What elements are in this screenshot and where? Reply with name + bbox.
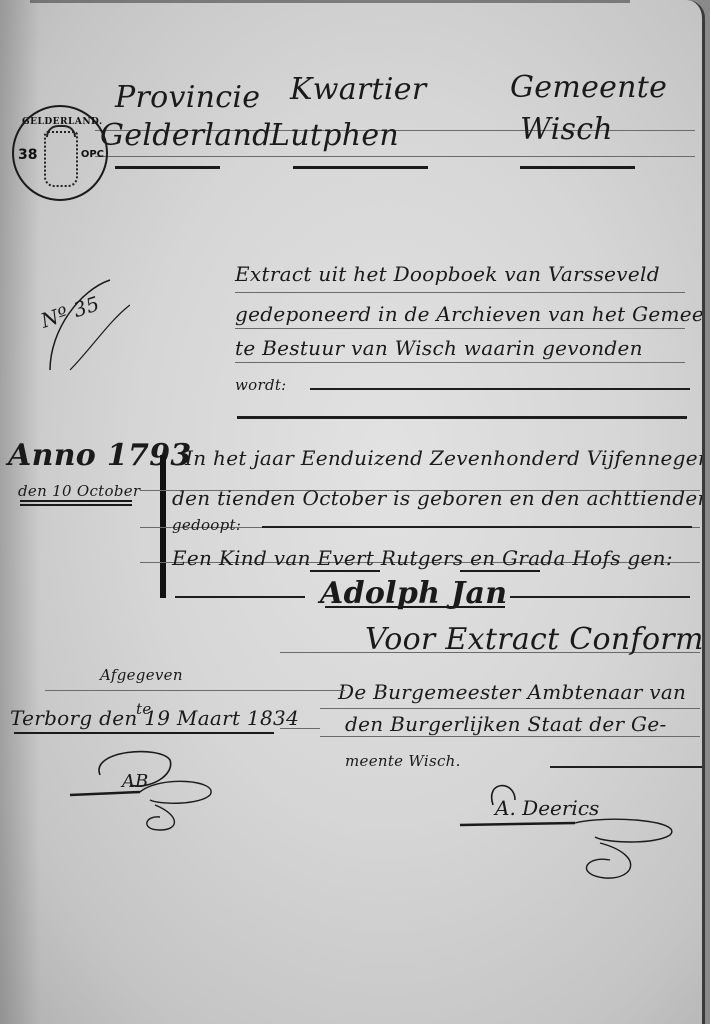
cert-line-3: meente Wisch. [345,752,461,770]
intro-line-4: wordt: [235,376,287,394]
page-top-edge [30,0,630,3]
issued-label: Afgegeven [100,666,183,684]
left-signature: AB [60,745,220,835]
margin-day: den 10 October [18,482,140,500]
label-municipality: Gemeente [510,70,667,105]
number-flourish [20,270,130,380]
record-line-4: Een Kind van Evert Rutgers en Grada Hofs… [172,546,673,570]
cert-rule-2 [320,708,700,709]
record-line-3: gedoopt: [172,516,241,534]
stamp-left-text: 38 [18,147,37,163]
child-name-right-line [510,596,690,598]
father-name-underline [310,570,380,572]
value-municipality-underline [520,166,635,169]
svg-text:A. Deerics: A. Deerics [493,796,599,820]
intro-line-3: te Bestuur van Wisch waarin gevonden [235,336,643,360]
issued-rule-2 [280,728,320,729]
header-rule-2 [95,156,695,157]
value-municipality: Wisch [520,112,613,147]
value-province: Gelderland [100,118,272,153]
stamp-right-text: OPC [81,149,104,160]
cert-line-1: De Burgemeester Ambtenaar van [338,680,686,704]
mayor-signature: A. Deerics [455,775,685,885]
value-quarter-underline [293,166,428,169]
intro-rule-2 [235,328,685,329]
child-name-left-line [175,596,305,598]
child-name-underline [325,606,505,608]
mother-name-underline [460,570,540,572]
coat-of-arms-icon [44,131,78,187]
issued-place-underline [14,732,274,734]
intro-separator [237,416,687,419]
margin-day-underline-2 [20,504,132,506]
cert-fill-line [550,766,705,768]
value-quarter: Lutphen [270,118,399,153]
intro-fill-line [310,388,690,390]
issued-rule-1 [45,690,345,691]
svg-text:AB: AB [120,771,148,792]
intro-rule-3 [235,362,685,363]
intro-rule-1 [235,292,685,293]
record-line-1: In het jaar Eenduizend Zevenhonderd Vijf… [185,446,705,470]
issued-place-date: Terborg den 19 Maart 1834 [10,706,299,730]
margin-day-underline-1 [20,500,132,502]
value-province-underline [115,166,220,169]
intro-line-1: Extract uit het Doopboek van Varsseveld [235,262,660,286]
cert-rule-3 [320,736,700,737]
intro-line-2: gedeponeerd in de Archieven van het Geme… [235,302,705,326]
record-fill-line [262,526,692,528]
label-province: Provincie [115,80,260,115]
cert-title: Voor Extract Conform [365,622,704,657]
record-line-2: den tienden October is geboren en den ac… [172,486,705,510]
cert-line-2: den Burgerlijken Staat der Ge- [345,712,667,736]
label-quarter: Kwartier [290,72,426,107]
gelderland-tax-stamp: GELDERLAND. 38 OPC [12,105,108,201]
document-page: Provincie Kwartier Gemeente Gelderland L… [0,0,705,1024]
